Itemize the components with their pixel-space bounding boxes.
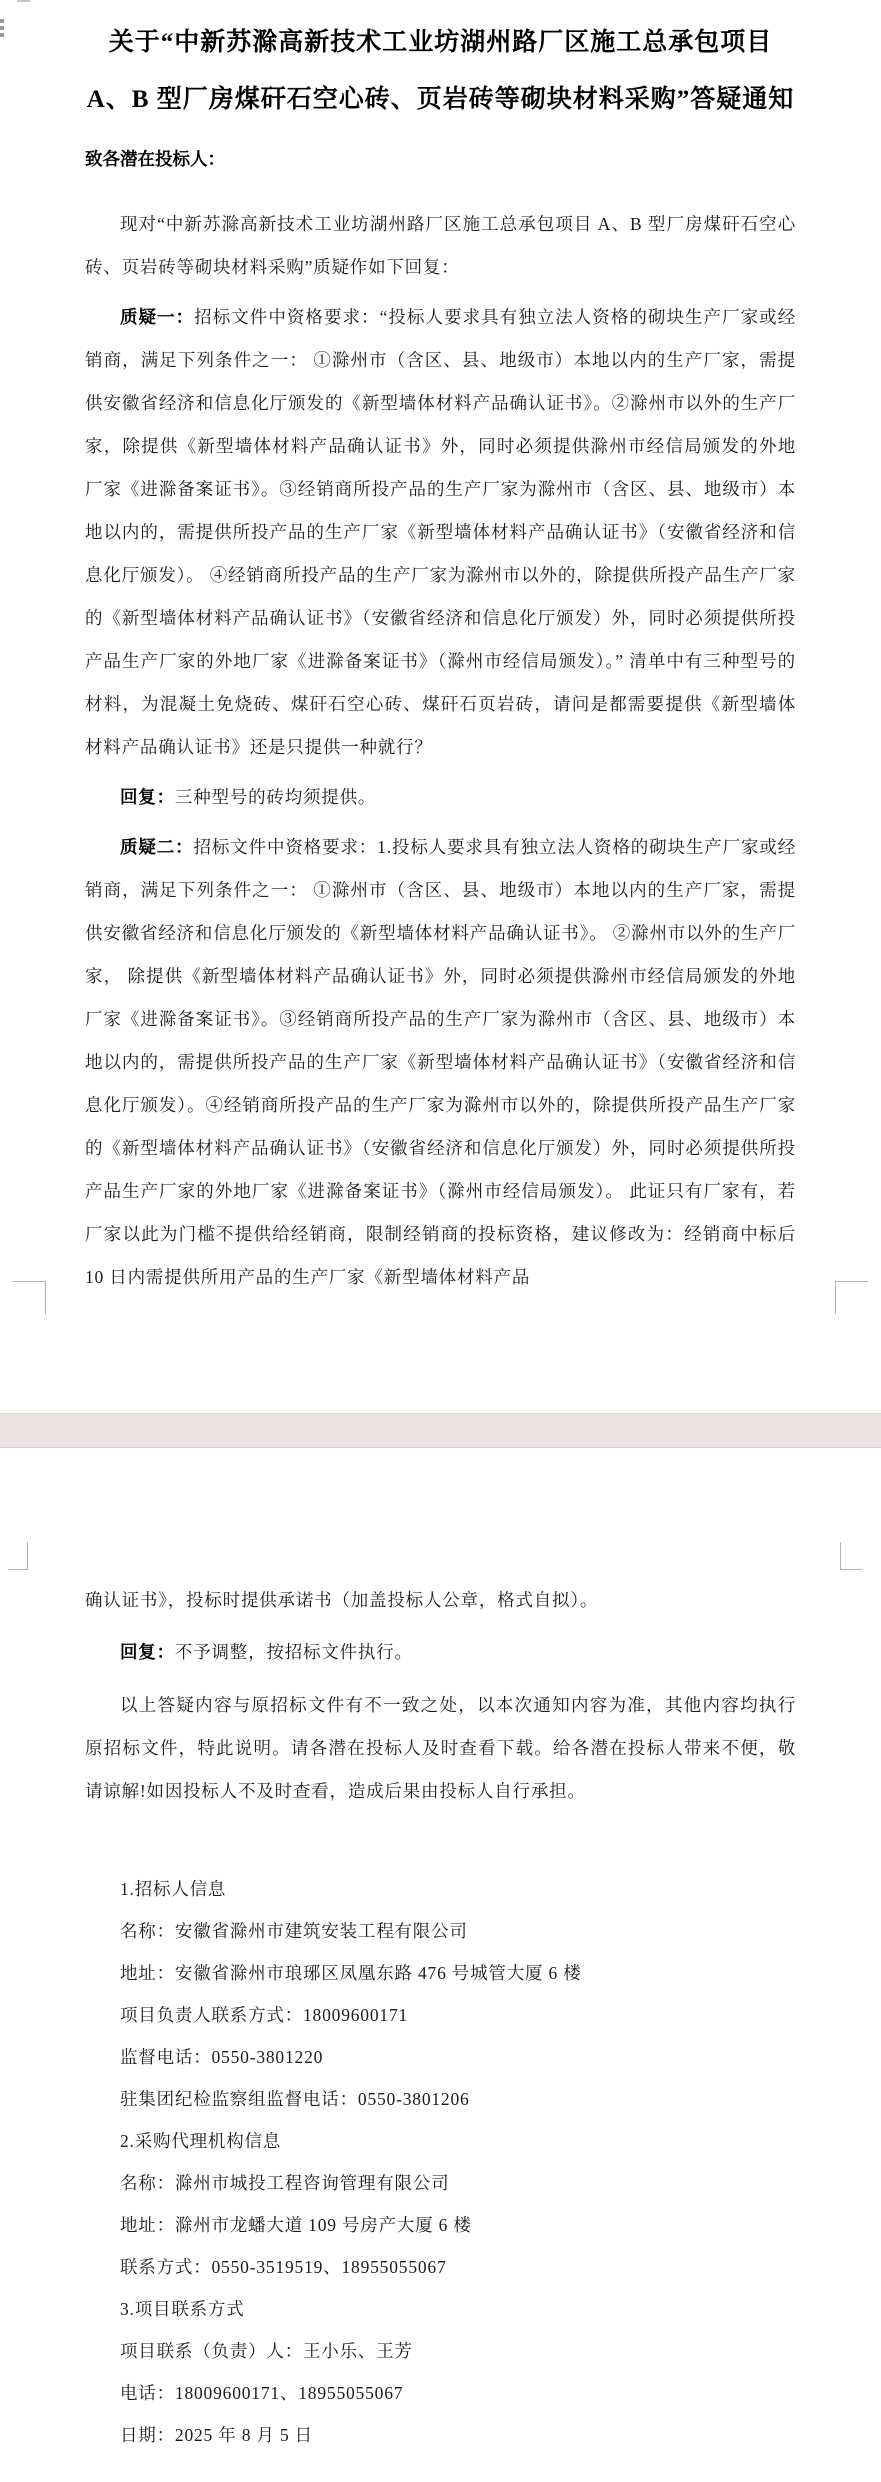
paragraph-text: 以上答疑内容与原招标文件有不一致之处，以本次通知内容为准，其他内容均执行原招标文… [85,1695,796,1801]
salutation: 致各潜在投标人： [85,138,796,181]
question-2-continuation-paragraph: 确认证书》，投标时提供承诺书（加盖投标人公章，格式自拟）。 [85,1579,796,1622]
question-1-paragraph: 质疑一：招标文件中资格要求：“投标人要求具有独立法人资格的砌块生产厂家或经销商，… [85,296,796,769]
paragraph-text: 招标文件中资格要求：1.投标人要求具有独立法人资格的砌块生产厂家或经销商，满足下… [85,837,796,1287]
question-2-paragraph: 质疑二：招标文件中资格要求：1.投标人要求具有独立法人资格的砌块生产厂家或经销商… [85,826,796,1299]
bidder-contact-phone: 项目负责人联系方式：18009600171 [85,1994,796,2036]
page-1: 关于“中新苏滁高新技术工业坊湖州路厂区施工总承包项目 A、B 型厂房煤矸石空心砖… [0,0,881,1413]
question-1-label: 质疑一： [120,307,194,327]
answer-notice-document: 关于“中新苏滁高新技术工业坊湖州路厂区施工总承包项目 A、B 型厂房煤矸石空心砖… [0,0,881,2482]
project-contact-phone: 电话：18009600171、18955055067 [85,2372,796,2414]
reply-2-label: 回复： [120,1642,175,1662]
question-2-label: 质疑二： [120,837,193,857]
document-title: 关于“中新苏滁高新技术工业坊湖州路厂区施工总承包项目 A、B 型厂房煤矸石空心砖… [85,14,796,128]
intro-paragraph: 现对“中新苏滁高新技术工业坊湖州路厂区施工总承包项目 A、B 型厂房煤矸石空心砖… [85,203,796,289]
paragraph-text: 三种型号的砖均须提供。 [175,787,376,807]
page-separator-band [0,1413,881,1448]
bidder-address: 地址：安徽省滁州市琅琊区凤凰东路 476 号城管大厦 6 楼 [85,1952,796,1994]
contact-info-block: 1.招标人信息 名称：安徽省滁州市建筑安装工程有限公司 地址：安徽省滁州市琅琊区… [85,1868,796,2456]
paragraph-text: 现对“中新苏滁高新技术工业坊湖州路厂区施工总承包项目 A、B 型厂房煤矸石空心砖… [85,214,796,277]
edge-artifact-dots [0,19,4,40]
project-contact-heading: 3.项目联系方式 [85,2288,796,2330]
page2-top-left-margin-mark [8,1542,28,1570]
notice-date: 日期：2025 年 8 月 5 日 [85,2414,796,2456]
bidder-name: 名称：安徽省滁州市建筑安装工程有限公司 [85,1910,796,1952]
paragraph-text: 确认证书》，投标时提供承诺书（加盖投标人公章，格式自拟）。 [85,1590,598,1610]
agency-contact-phone: 联系方式：0550-3519519、18955055067 [85,2246,796,2288]
edge-artifact-line [17,0,30,2]
page2-top-right-margin-mark [840,1542,862,1570]
reply-1-paragraph: 回复：三种型号的砖均须提供。 [85,776,796,819]
paragraph-text: 不予调整，按招标文件执行。 [175,1642,413,1662]
agency-name: 名称：滁州市城投工程咨询管理有限公司 [85,2162,796,2204]
reply-1-label: 回复： [120,787,175,807]
project-contact-persons: 项目联系（负责）人：王小乐、王芳 [85,2330,796,2372]
closing-statement-paragraph: 以上答疑内容与原招标文件有不一致之处，以本次通知内容为准，其他内容均执行原招标文… [85,1684,796,1813]
agency-info-heading: 2.采购代理机构信息 [85,2120,796,2162]
page1-bottom-right-margin-mark [835,1281,868,1314]
discipline-supervision-phone: 驻集团纪检监察组监督电话：0550-3801206 [85,2078,796,2120]
page-2: 确认证书》，投标时提供承诺书（加盖投标人公章，格式自拟）。 回复：不予调整，按招… [0,1448,881,2482]
agency-address: 地址：滁州市龙蟠大道 109 号房产大厦 6 楼 [85,2204,796,2246]
page1-bottom-left-margin-mark [13,1281,46,1314]
reply-2-paragraph: 回复：不予调整，按招标文件执行。 [85,1631,796,1674]
supervision-phone: 监督电话：0550-3801220 [85,2036,796,2078]
bidder-info-heading: 1.招标人信息 [85,1868,796,1910]
paragraph-text: 招标文件中资格要求：“投标人要求具有独立法人资格的砌块生产厂家或经销商，满足下列… [85,307,796,757]
